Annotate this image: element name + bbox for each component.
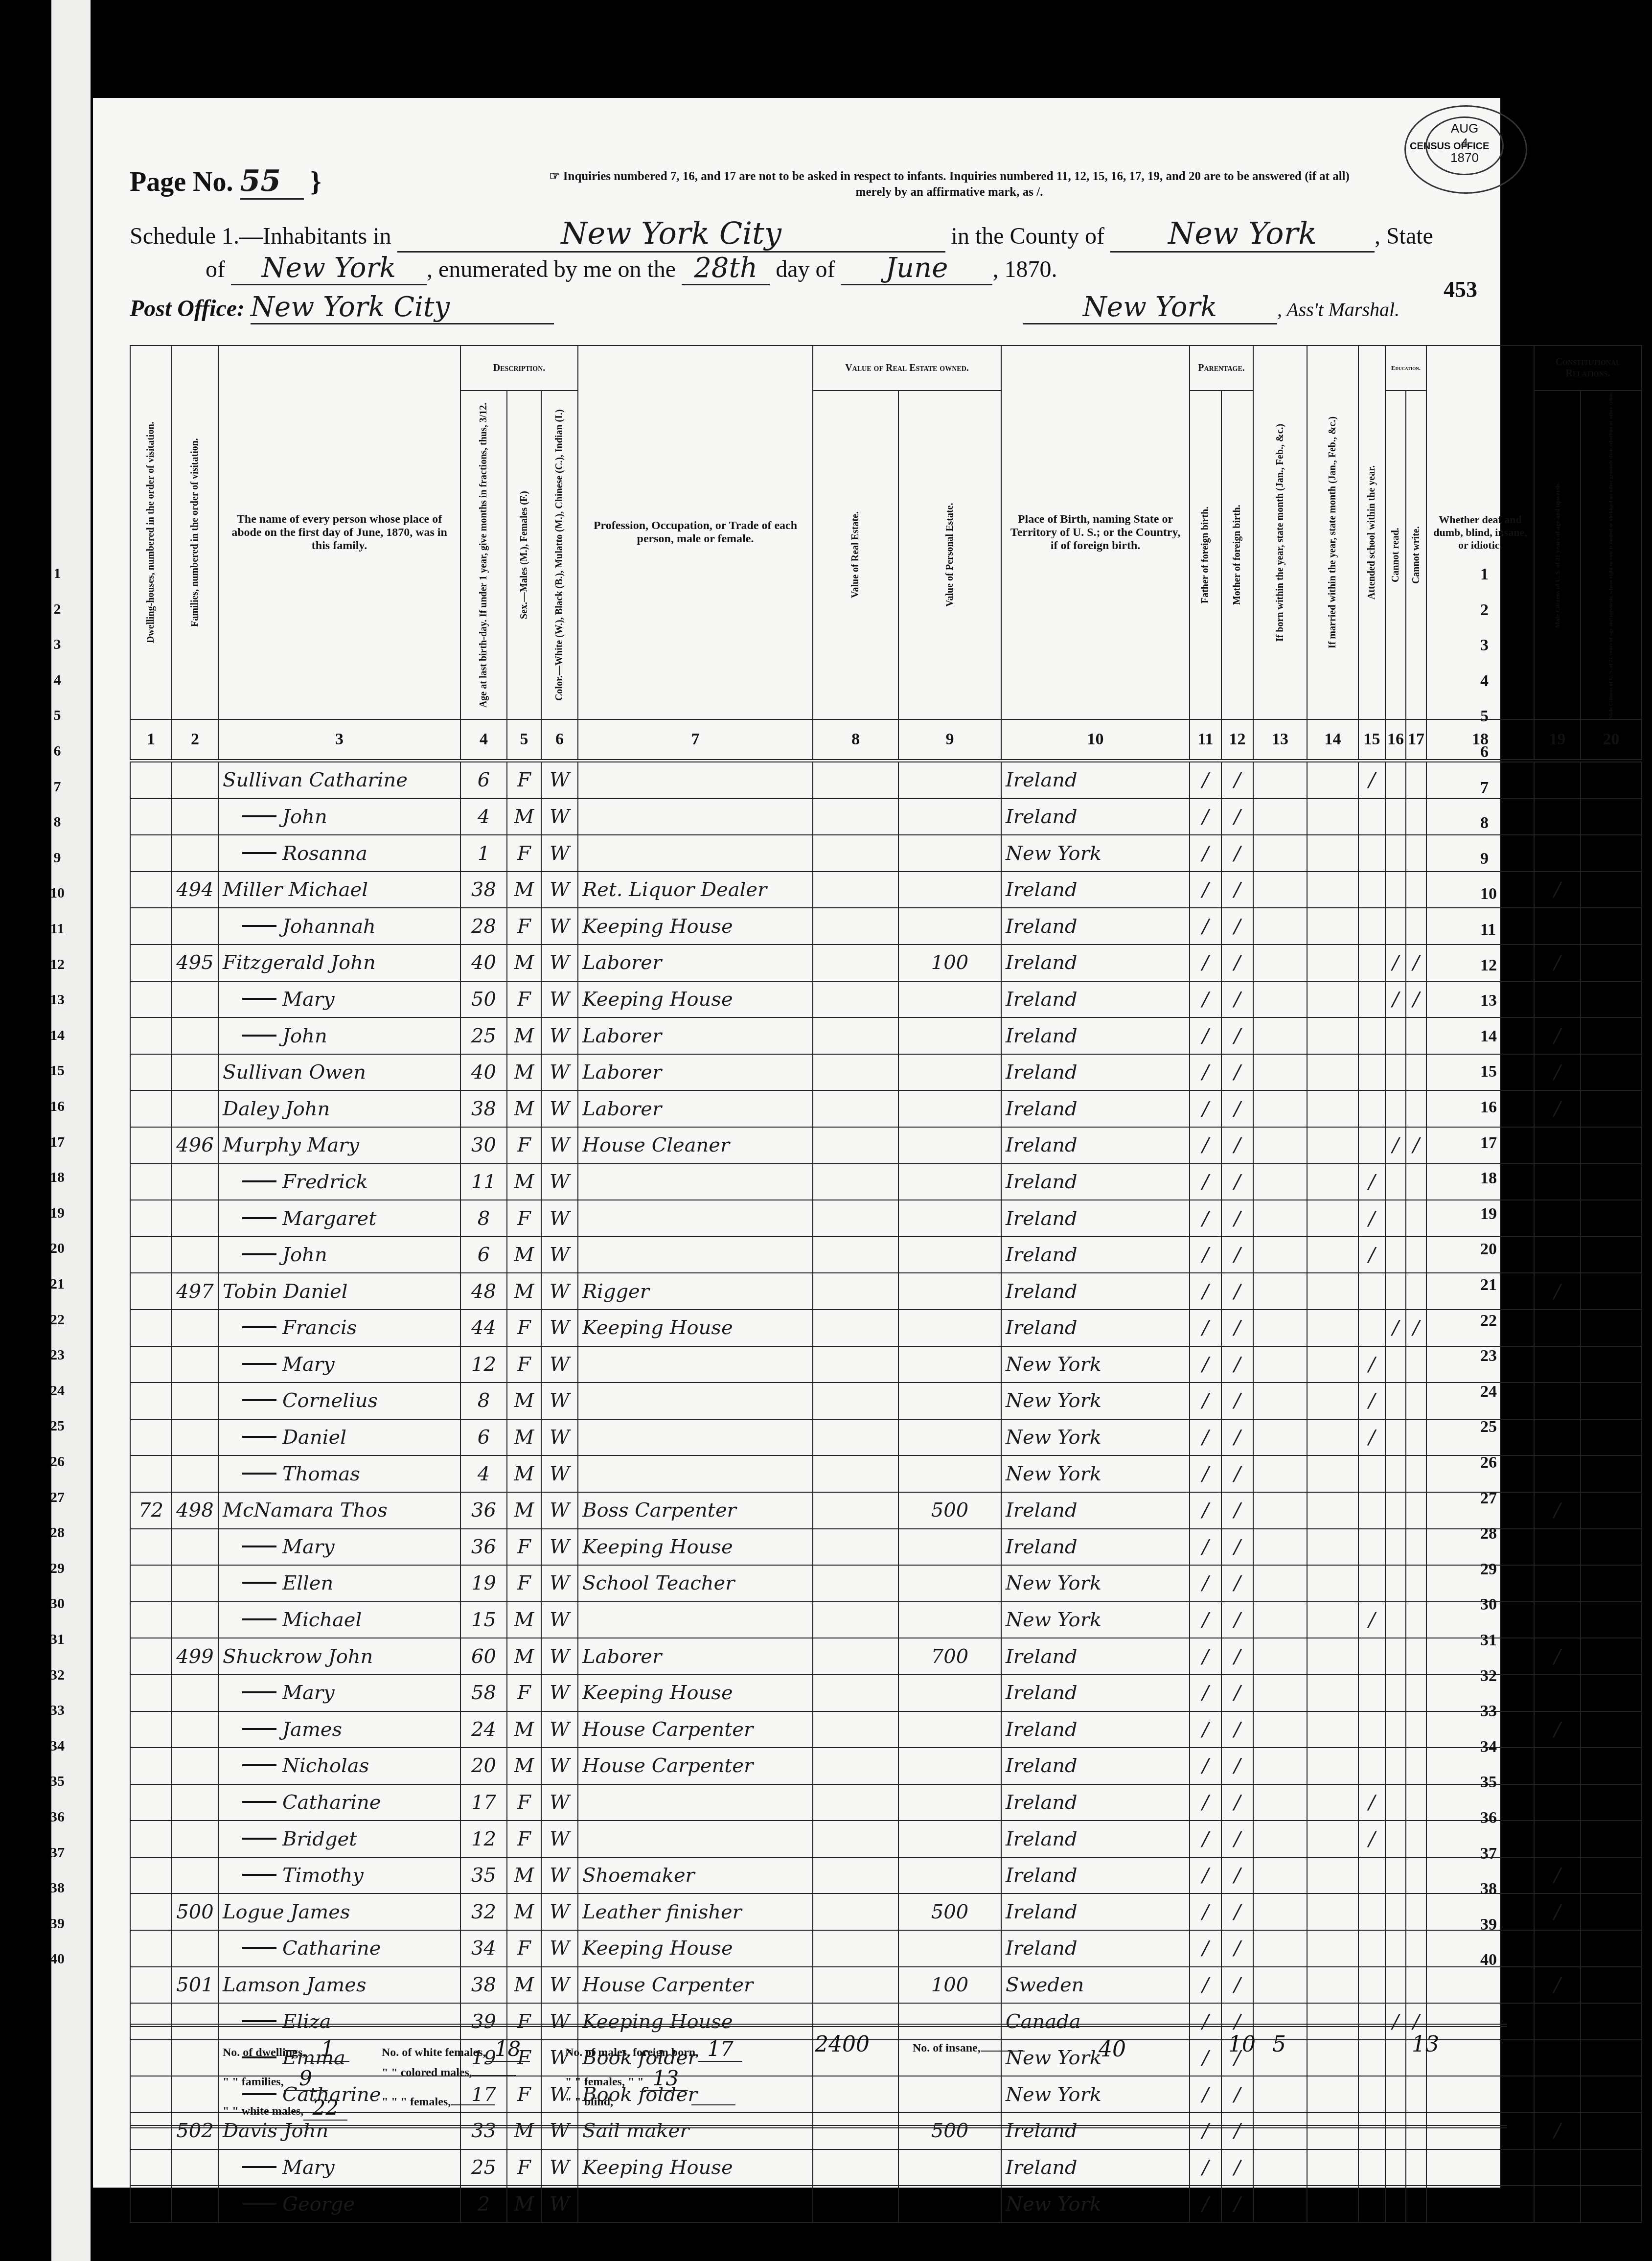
ditto-dash xyxy=(242,1582,276,1584)
male-citizen-mark xyxy=(1534,1529,1581,1566)
occupation: Keeping House xyxy=(578,1675,813,1711)
personal-estate-value xyxy=(898,1455,1001,1492)
col-name-header: The name of every person whose place of … xyxy=(218,346,460,719)
vote-denied xyxy=(1581,1675,1642,1711)
cannot-read-mark xyxy=(1385,1164,1406,1200)
birthplace: New York xyxy=(1001,835,1190,872)
cannot-write-mark xyxy=(1406,761,1426,799)
table-row: John25MWLaborerIreland/// xyxy=(130,1017,1642,1054)
cannot-write-mark xyxy=(1406,1492,1426,1529)
given-name: John xyxy=(282,1244,327,1266)
table-row: Thomas4MWNew York// xyxy=(130,1455,1642,1492)
age: 38 xyxy=(460,1090,507,1127)
dwelling-number xyxy=(130,1419,172,1456)
families-count: " " families,9 xyxy=(223,2066,328,2091)
attended-school-mark xyxy=(1358,1565,1385,1602)
vote-denied xyxy=(1581,1711,1642,1748)
line-number: 40 xyxy=(47,1951,67,1967)
born-in-year xyxy=(1253,981,1307,1018)
occupation xyxy=(578,1164,813,1200)
constitutional-group-header: Constitutional Relations. xyxy=(1534,346,1642,391)
mother-foreign-mark: / xyxy=(1221,1821,1253,1857)
age: 6 xyxy=(460,761,507,799)
birthplace: Ireland xyxy=(1001,1857,1190,1894)
married-in-year xyxy=(1307,1565,1358,1602)
sex: M xyxy=(507,799,541,835)
surname: Miller xyxy=(223,878,282,901)
attended-school-mark xyxy=(1358,1857,1385,1894)
dwelling-number xyxy=(130,1857,172,1894)
dwelling-number xyxy=(130,1383,172,1419)
real-estate-value xyxy=(813,945,898,981)
mother-foreign-mark: / xyxy=(1221,1565,1253,1602)
birthplace: Ireland xyxy=(1001,1017,1190,1054)
table-row: Mary25FWKeeping HouseIreland// xyxy=(130,2149,1642,2186)
age: 24 xyxy=(460,1711,507,1748)
family-number xyxy=(172,1164,218,1200)
father-foreign-mark: / xyxy=(1190,1930,1221,1967)
state-field: New York xyxy=(231,252,427,285)
attended-school-mark xyxy=(1358,1310,1385,1346)
vote-denied xyxy=(1581,1090,1642,1127)
cannot-read-mark xyxy=(1385,1967,1406,2004)
color: W xyxy=(541,1017,578,1054)
line-number: 3 xyxy=(47,636,67,653)
family-number xyxy=(172,1784,218,1821)
attended-school-mark xyxy=(1358,799,1385,835)
table-row: Daniel6MWNew York/// xyxy=(130,1419,1642,1456)
table-row: Johannah28FWKeeping HouseIreland// xyxy=(130,908,1642,945)
color: W xyxy=(541,1090,578,1127)
mother-foreign-mark: / xyxy=(1221,1748,1253,1784)
mother-foreign-mark: / xyxy=(1221,1455,1253,1492)
family-number xyxy=(172,1455,218,1492)
person-name: John xyxy=(218,1017,460,1054)
col-male-citizen-header: Male Citizens of U. S. of 21 years of ag… xyxy=(1534,391,1581,719)
family-number: 497 xyxy=(172,1273,218,1310)
age: 40 xyxy=(460,1054,507,1091)
personal-estate-value xyxy=(898,1090,1001,1127)
attended-school-mark xyxy=(1358,945,1385,981)
married-in-year xyxy=(1307,1164,1358,1200)
occupation: Keeping House xyxy=(578,908,813,945)
line-number: 38 xyxy=(1480,1880,1497,1898)
ditto-dash xyxy=(242,2203,276,2205)
male-citizen-mark: / xyxy=(1534,1273,1581,1310)
school-total: 10 xyxy=(1228,2032,1256,2057)
family-number xyxy=(172,1602,218,1638)
sex: F xyxy=(507,1200,541,1237)
married-in-year xyxy=(1307,1602,1358,1638)
birthplace: Ireland xyxy=(1001,1748,1190,1784)
real-estate-value xyxy=(813,1054,898,1091)
person-name: Murphy Mary xyxy=(218,1127,460,1164)
born-in-year xyxy=(1253,1346,1307,1383)
male-citizen-mark xyxy=(1534,1675,1581,1711)
cannot-write-mark xyxy=(1406,1857,1426,1894)
attended-school-mark xyxy=(1358,1127,1385,1164)
cannot-write-mark: / xyxy=(1406,945,1426,981)
dwelling-number xyxy=(130,1711,172,1748)
occupation xyxy=(578,1602,813,1638)
vote-denied xyxy=(1581,908,1642,945)
personal-estate-value xyxy=(898,1821,1001,1857)
age: 36 xyxy=(460,1492,507,1529)
occupation xyxy=(578,799,813,835)
sex: M xyxy=(507,1090,541,1127)
birthplace: Ireland xyxy=(1001,1310,1190,1346)
family-number xyxy=(172,1383,218,1419)
family-number xyxy=(172,2149,218,2186)
col-occupation-header: Profession, Occupation, or Trade of each… xyxy=(578,346,813,719)
infirmity xyxy=(1426,1967,1534,2004)
color: W xyxy=(541,1237,578,1273)
col-dwelling-header: Dwelling-houses, numbered in the order o… xyxy=(130,346,172,719)
attended-school-mark xyxy=(1358,1711,1385,1748)
occupation xyxy=(578,1200,813,1237)
page-summary: No. of dwellings,1 " " families,9 " " wh… xyxy=(130,2024,1507,2128)
occupation: Ret. Liquor Dealer xyxy=(578,872,813,908)
given-name: Mary xyxy=(282,1536,335,1558)
personal-estate-value xyxy=(898,1748,1001,1784)
dwelling-number xyxy=(130,945,172,981)
line-number: 1 xyxy=(47,565,67,582)
dwelling-number xyxy=(130,1017,172,1054)
mother-foreign-mark: / xyxy=(1221,1127,1253,1164)
personal-estate-value: 100 xyxy=(898,945,1001,981)
father-foreign-mark: / xyxy=(1190,1017,1221,1054)
mother-foreign-mark: / xyxy=(1221,1602,1253,1638)
vote-denied xyxy=(1581,2003,1642,2040)
male-citizen-mark xyxy=(1534,1455,1581,1492)
sex: M xyxy=(507,872,541,908)
male-citizen-mark xyxy=(1534,908,1581,945)
line-number: 8 xyxy=(47,814,67,831)
cannot-read-mark: / xyxy=(1385,981,1406,1018)
col-married-in-year-header: If married within the year, state month … xyxy=(1307,346,1358,719)
col-father-foreign-header: Father of foreign birth. xyxy=(1190,391,1221,719)
color: W xyxy=(541,1711,578,1748)
cannot-read-mark xyxy=(1385,1857,1406,1894)
born-in-year xyxy=(1253,835,1307,872)
color: W xyxy=(541,945,578,981)
personal-estate-value: 700 xyxy=(898,1638,1001,1675)
occupation: Keeping House xyxy=(578,1529,813,1566)
table-row: Cornelius8MWNew York/// xyxy=(130,1383,1642,1419)
vote-denied xyxy=(1581,1455,1642,1492)
occupation: Laborer xyxy=(578,1054,813,1091)
birthplace: Ireland xyxy=(1001,1127,1190,1164)
cannot-read-mark xyxy=(1385,1748,1406,1784)
person-name: Catharine xyxy=(218,1930,460,1967)
born-in-year xyxy=(1253,1164,1307,1200)
line-number: 14 xyxy=(47,1027,67,1044)
personal-estate-value xyxy=(898,908,1001,945)
birthplace: New York xyxy=(1001,2186,1190,2222)
mother-foreign-mark: / xyxy=(1221,945,1253,981)
father-foreign-mark: / xyxy=(1190,1054,1221,1091)
parentage-group-header: Parentage. xyxy=(1190,346,1253,391)
family-number: 500 xyxy=(172,1893,218,1930)
father-foreign-mark: / xyxy=(1190,1237,1221,1273)
attended-school-mark: / xyxy=(1358,1346,1385,1383)
father-foreign-mark: / xyxy=(1190,1090,1221,1127)
attended-school-mark xyxy=(1358,1675,1385,1711)
occupation: Boss Carpenter xyxy=(578,1492,813,1529)
vote-denied xyxy=(1581,799,1642,835)
ditto-dash xyxy=(242,2020,276,2022)
birthplace: New York xyxy=(1001,1383,1190,1419)
cannot-read-mark xyxy=(1385,1711,1406,1748)
cannot-write-mark xyxy=(1406,872,1426,908)
cannot-write-mark xyxy=(1406,2186,1426,2222)
sex: M xyxy=(507,1237,541,1273)
col-mother-foreign-header: Mother of foreign birth. xyxy=(1221,391,1253,719)
cannot-read-mark xyxy=(1385,1200,1406,1237)
born-in-year xyxy=(1253,1565,1307,1602)
personal-estate-total: 2400 xyxy=(815,2032,870,2057)
given-name: Mary xyxy=(282,2156,335,2179)
color: W xyxy=(541,1857,578,1894)
person-name: Cornelius xyxy=(218,1383,460,1419)
married-in-year xyxy=(1307,908,1358,945)
line-number: 29 xyxy=(1480,1560,1497,1579)
stamp-year: 1870 xyxy=(1427,150,1502,165)
age: 12 xyxy=(460,1346,507,1383)
personal-estate-value: 100 xyxy=(898,1967,1001,2004)
foreign-males-count: No. of males, foreign born,17 xyxy=(565,2037,742,2062)
family-number xyxy=(172,1200,218,1237)
age: 15 xyxy=(460,1602,507,1638)
personal-estate-value xyxy=(898,1346,1001,1383)
occupation: Keeping House xyxy=(578,2149,813,2186)
real-estate-value xyxy=(813,1383,898,1419)
cannot-read-mark xyxy=(1385,1492,1406,1529)
line-number: 4 xyxy=(1480,672,1489,691)
person-name: Shuckrow John xyxy=(218,1638,460,1675)
occupation: Keeping House xyxy=(578,1930,813,1967)
col-cannot-read-header: Cannot read. xyxy=(1385,391,1406,719)
line-number: 3 xyxy=(1480,636,1489,655)
given-name: James xyxy=(306,1974,366,1996)
dwelling-number xyxy=(130,761,172,799)
father-foreign-mark: / xyxy=(1190,1164,1221,1200)
given-name: Michael xyxy=(289,878,368,901)
married-in-year xyxy=(1307,1638,1358,1675)
line-number: 6 xyxy=(1480,743,1489,761)
person-name: Tobin Daniel xyxy=(218,1273,460,1310)
personal-estate-value xyxy=(898,761,1001,799)
male-citizen-mark xyxy=(1534,1200,1581,1237)
line-number: 19 xyxy=(1480,1205,1497,1223)
attended-school-mark xyxy=(1358,1492,1385,1529)
sex: M xyxy=(507,1383,541,1419)
color: W xyxy=(541,872,578,908)
page-number-label: Page No.55 } xyxy=(130,164,321,200)
cannot-read-mark xyxy=(1385,1638,1406,1675)
attended-school-mark xyxy=(1358,1930,1385,1967)
personal-estate-value xyxy=(898,1164,1001,1200)
married-in-year xyxy=(1307,2186,1358,2222)
vote-denied xyxy=(1581,1784,1642,1821)
birthplace: New York xyxy=(1001,1419,1190,1456)
male-citizen-mark xyxy=(1534,1310,1581,1346)
col-family-header: Families, numbered in the order of visit… xyxy=(172,346,218,719)
father-foreign-mark: / xyxy=(1190,945,1221,981)
ditto-dash xyxy=(242,1546,276,1547)
line-number: 28 xyxy=(1480,1524,1497,1543)
born-in-year xyxy=(1253,1638,1307,1675)
born-in-year xyxy=(1253,908,1307,945)
table-row: Sullivan Catharine6FWIreland/// xyxy=(130,761,1642,799)
attended-school-mark: / xyxy=(1358,1200,1385,1237)
occupation: Laborer xyxy=(578,1638,813,1675)
cannot-read-mark xyxy=(1385,1565,1406,1602)
attended-school-mark xyxy=(1358,1017,1385,1054)
father-foreign-mark: / xyxy=(1190,1383,1221,1419)
line-number: 10 xyxy=(1480,885,1497,903)
personal-estate-value xyxy=(898,835,1001,872)
real-estate-value xyxy=(813,1237,898,1273)
given-name: Fredrick xyxy=(282,1171,368,1193)
given-name: Catharine xyxy=(282,1791,381,1814)
vote-denied xyxy=(1581,1638,1642,1675)
birthplace: Ireland xyxy=(1001,981,1190,1018)
person-name: Timothy xyxy=(218,1857,460,1894)
occupation: House Carpenter xyxy=(578,1748,813,1784)
surname: Sullivan xyxy=(223,769,303,791)
vote-denied xyxy=(1581,2113,1642,2149)
mother-foreign-mark: / xyxy=(1221,981,1253,1018)
given-name: Thos xyxy=(340,1499,388,1522)
cannot-write-mark xyxy=(1406,1017,1426,1054)
line-number: 31 xyxy=(47,1631,67,1648)
born-in-year xyxy=(1253,1930,1307,1967)
male-citizen-mark xyxy=(1534,1383,1581,1419)
color: W xyxy=(541,835,578,872)
male-citizen-mark xyxy=(1534,761,1581,799)
cannot-write-mark xyxy=(1406,1090,1426,1127)
father-foreign-mark: / xyxy=(1190,1638,1221,1675)
cannot-read-mark xyxy=(1385,2186,1406,2222)
inhabitants-in-field: New York City xyxy=(397,215,945,253)
family-number xyxy=(172,1090,218,1127)
age: 20 xyxy=(460,1748,507,1784)
color: W xyxy=(541,1455,578,1492)
given-name: Margaret xyxy=(282,1207,376,1230)
sex: F xyxy=(507,2149,541,2186)
county-field: New York xyxy=(1110,215,1375,253)
vote-denied xyxy=(1581,2186,1642,2222)
column-number-row: 1234567891011121314151617181920 xyxy=(130,719,1642,761)
ditto-dash xyxy=(242,1801,276,1803)
sex: M xyxy=(507,1967,541,2004)
mother-foreign-mark: / xyxy=(1221,1383,1253,1419)
born-in-year xyxy=(1253,945,1307,981)
married-in-year xyxy=(1307,2149,1358,2186)
line-number: 15 xyxy=(47,1062,67,1079)
stamp-month: AUG xyxy=(1427,121,1502,136)
cannot-write-mark xyxy=(1406,2149,1426,2186)
born-in-year xyxy=(1253,1748,1307,1784)
line-number: 37 xyxy=(47,1845,67,1861)
father-foreign-mark: / xyxy=(1190,1748,1221,1784)
father-foreign-mark: / xyxy=(1190,1675,1221,1711)
real-estate-value xyxy=(813,1090,898,1127)
table-row: Mary12FWNew York/// xyxy=(130,1346,1642,1383)
person-name: George xyxy=(218,2186,460,2222)
given-name: Michael xyxy=(282,1609,362,1631)
person-name: Sullivan Owen xyxy=(218,1054,460,1091)
line-number: 19 xyxy=(47,1205,67,1222)
dwelling-number xyxy=(130,1529,172,1566)
occupation xyxy=(578,835,813,872)
male-citizen-mark: / xyxy=(1534,945,1581,981)
age: 48 xyxy=(460,1273,507,1310)
table-row: Catharine34FWKeeping HouseIreland// xyxy=(130,1930,1642,1967)
person-name: Fredrick xyxy=(218,1164,460,1200)
sex: M xyxy=(507,1602,541,1638)
given-name: Mary xyxy=(282,1682,335,1704)
ditto-dash xyxy=(242,1473,276,1475)
real-estate-value xyxy=(813,799,898,835)
line-number: 5 xyxy=(47,707,67,724)
personal-estate-value xyxy=(898,1675,1001,1711)
table-row: Mary36FWKeeping HouseIreland// xyxy=(130,1529,1642,1566)
vote-denied xyxy=(1581,1821,1642,1857)
cannot-write-mark xyxy=(1406,1784,1426,1821)
vote-denied xyxy=(1581,1492,1642,1529)
color: W xyxy=(541,1054,578,1091)
line-number: 34 xyxy=(47,1738,67,1754)
sex: F xyxy=(507,1565,541,1602)
color: W xyxy=(541,2186,578,2222)
line-number: 22 xyxy=(1480,1312,1497,1330)
family-number xyxy=(172,799,218,835)
personal-estate-value xyxy=(898,1529,1001,1566)
age: 58 xyxy=(460,1675,507,1711)
age: 4 xyxy=(460,1455,507,1492)
sex: M xyxy=(507,1748,541,1784)
person-name: Catharine xyxy=(218,1784,460,1821)
personal-estate-value xyxy=(898,2149,1001,2186)
ditto-dash xyxy=(242,1035,276,1037)
line-number: 40 xyxy=(1480,1951,1497,1969)
mother-foreign-mark: / xyxy=(1221,1346,1253,1383)
person-name: Nicholas xyxy=(218,1748,460,1784)
personal-estate-value xyxy=(898,1200,1001,1237)
line-number: 20 xyxy=(1480,1240,1497,1259)
birthplace: Ireland xyxy=(1001,1273,1190,1310)
cannot-read-mark xyxy=(1385,1419,1406,1456)
cannot-read-mark xyxy=(1385,1821,1406,1857)
married-in-year xyxy=(1307,1857,1358,1894)
line-number: 37 xyxy=(1480,1845,1497,1863)
mother-foreign-mark: / xyxy=(1221,1419,1253,1456)
family-number xyxy=(172,1930,218,1967)
mother-foreign-mark: / xyxy=(1221,1893,1253,1930)
occupation xyxy=(578,761,813,799)
post-office-line: Post Office: New York City xyxy=(130,291,554,324)
age: 11 xyxy=(460,1164,507,1200)
male-citizen-mark xyxy=(1534,1237,1581,1273)
color: W xyxy=(541,1638,578,1675)
mother-foreign-mark: / xyxy=(1221,908,1253,945)
cannot-read-mark: / xyxy=(1385,1127,1406,1164)
vote-denied xyxy=(1581,1017,1642,1054)
cannot-read-mark xyxy=(1385,1893,1406,1930)
attended-school-mark xyxy=(1358,1054,1385,1091)
